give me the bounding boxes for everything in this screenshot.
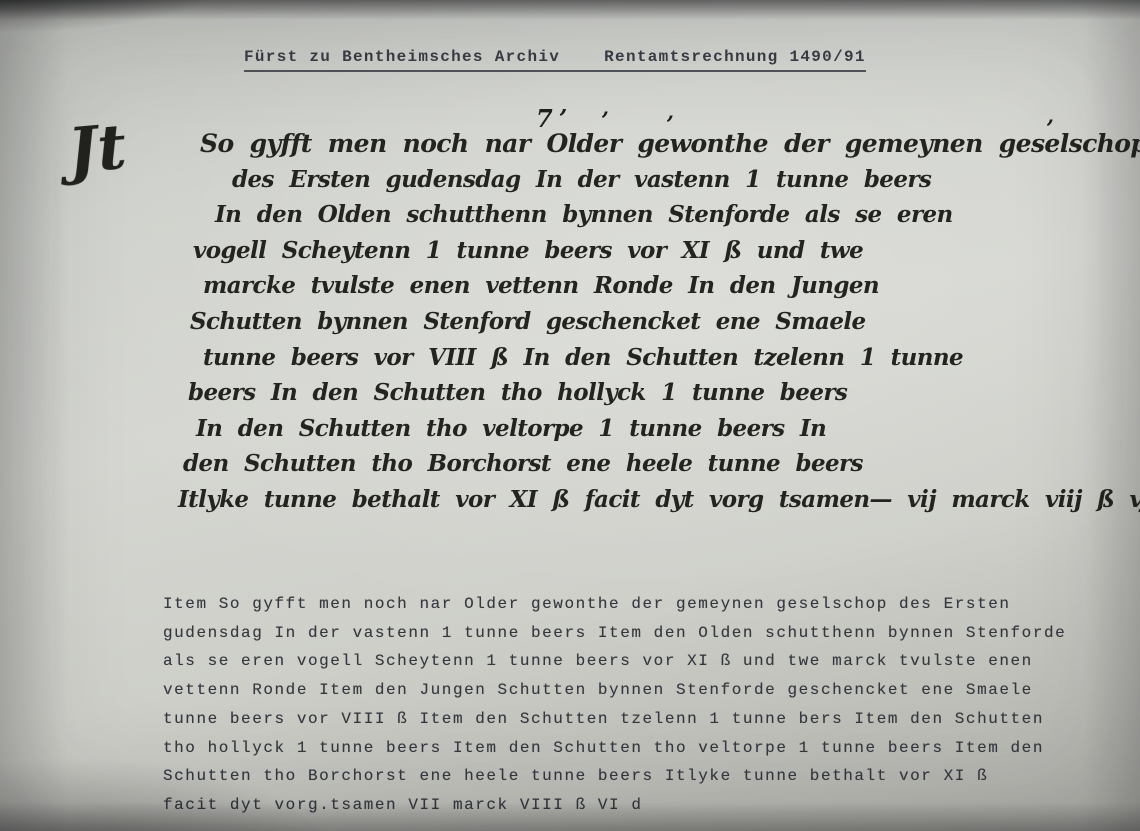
manuscript-block: So gyfft men noch nar Older gewonthe der…	[178, 126, 1130, 518]
document-photo: Fürst zu Bentheimsches Archiv Rentamtsre…	[0, 0, 1140, 831]
manuscript-sum-tail: — vij marck viij ß vj d	[869, 482, 1140, 518]
record-name-label: Rentamtsrechnung 1490/91	[604, 48, 866, 66]
manuscript-initial-mark: Jt	[65, 110, 129, 188]
transcription-line: tunne beers vor VIII ß Item den Schutten…	[163, 705, 1066, 734]
manuscript-line: marcke tvulste enen vettenn Ronde In den…	[203, 268, 1130, 304]
manuscript-line: So gyfft men noch nar Older gewonthe der…	[200, 126, 1130, 162]
transcription-line: Schutten tho Borchorst ene heele tunne b…	[163, 762, 1066, 791]
manuscript-line: In den Schutten tho veltorpe 1 tunne bee…	[196, 411, 1130, 447]
transcription-line: tho hollyck 1 tunne beers Item den Schut…	[163, 734, 1066, 763]
transcription-block: Item So gyfft men noch nar Older gewonth…	[163, 590, 1066, 820]
document-header: Fürst zu Bentheimsches Archiv Rentamtsre…	[244, 48, 866, 72]
manuscript-line: den Schutten tho Borchorst ene heele tun…	[183, 446, 1130, 482]
manuscript-line-text: Itlyke tunne bethalt vor XI ß facit dyt …	[178, 482, 869, 518]
manuscript-line: tunne beers vor VIII ß In den Schutten t…	[203, 340, 1130, 376]
transcription-line: Item So gyfft men noch nar Older gewonth…	[163, 590, 1066, 619]
transcription-line: gudensdag In der vastenn 1 tunne beers I…	[163, 619, 1066, 648]
manuscript-line: vogell Scheytenn 1 tunne beers vor XI ß …	[193, 233, 1130, 269]
transcription-line: facit dyt vorg.tsamen VII marck VIII ß V…	[163, 791, 1066, 820]
manuscript-line: Itlyke tunne bethalt vor XI ß facit dyt …	[178, 482, 1130, 518]
transcription-line: als se eren vogell Scheytenn 1 tunne bee…	[163, 647, 1066, 676]
archive-name-label: Fürst zu Bentheimsches Archiv	[244, 48, 560, 66]
transcription-line: vettenn Ronde Item den Jungen Schutten b…	[163, 676, 1066, 705]
manuscript-line: beers In den Schutten tho hollyck 1 tunn…	[188, 375, 1130, 411]
manuscript-line: des Ersten gudensdag In der vastenn 1 tu…	[232, 162, 1130, 198]
manuscript-line: In den Olden schutthenn bynnen Stenforde…	[215, 197, 1130, 233]
manuscript-line: Schutten bynnen Stenford geschencket ene…	[190, 304, 1130, 340]
